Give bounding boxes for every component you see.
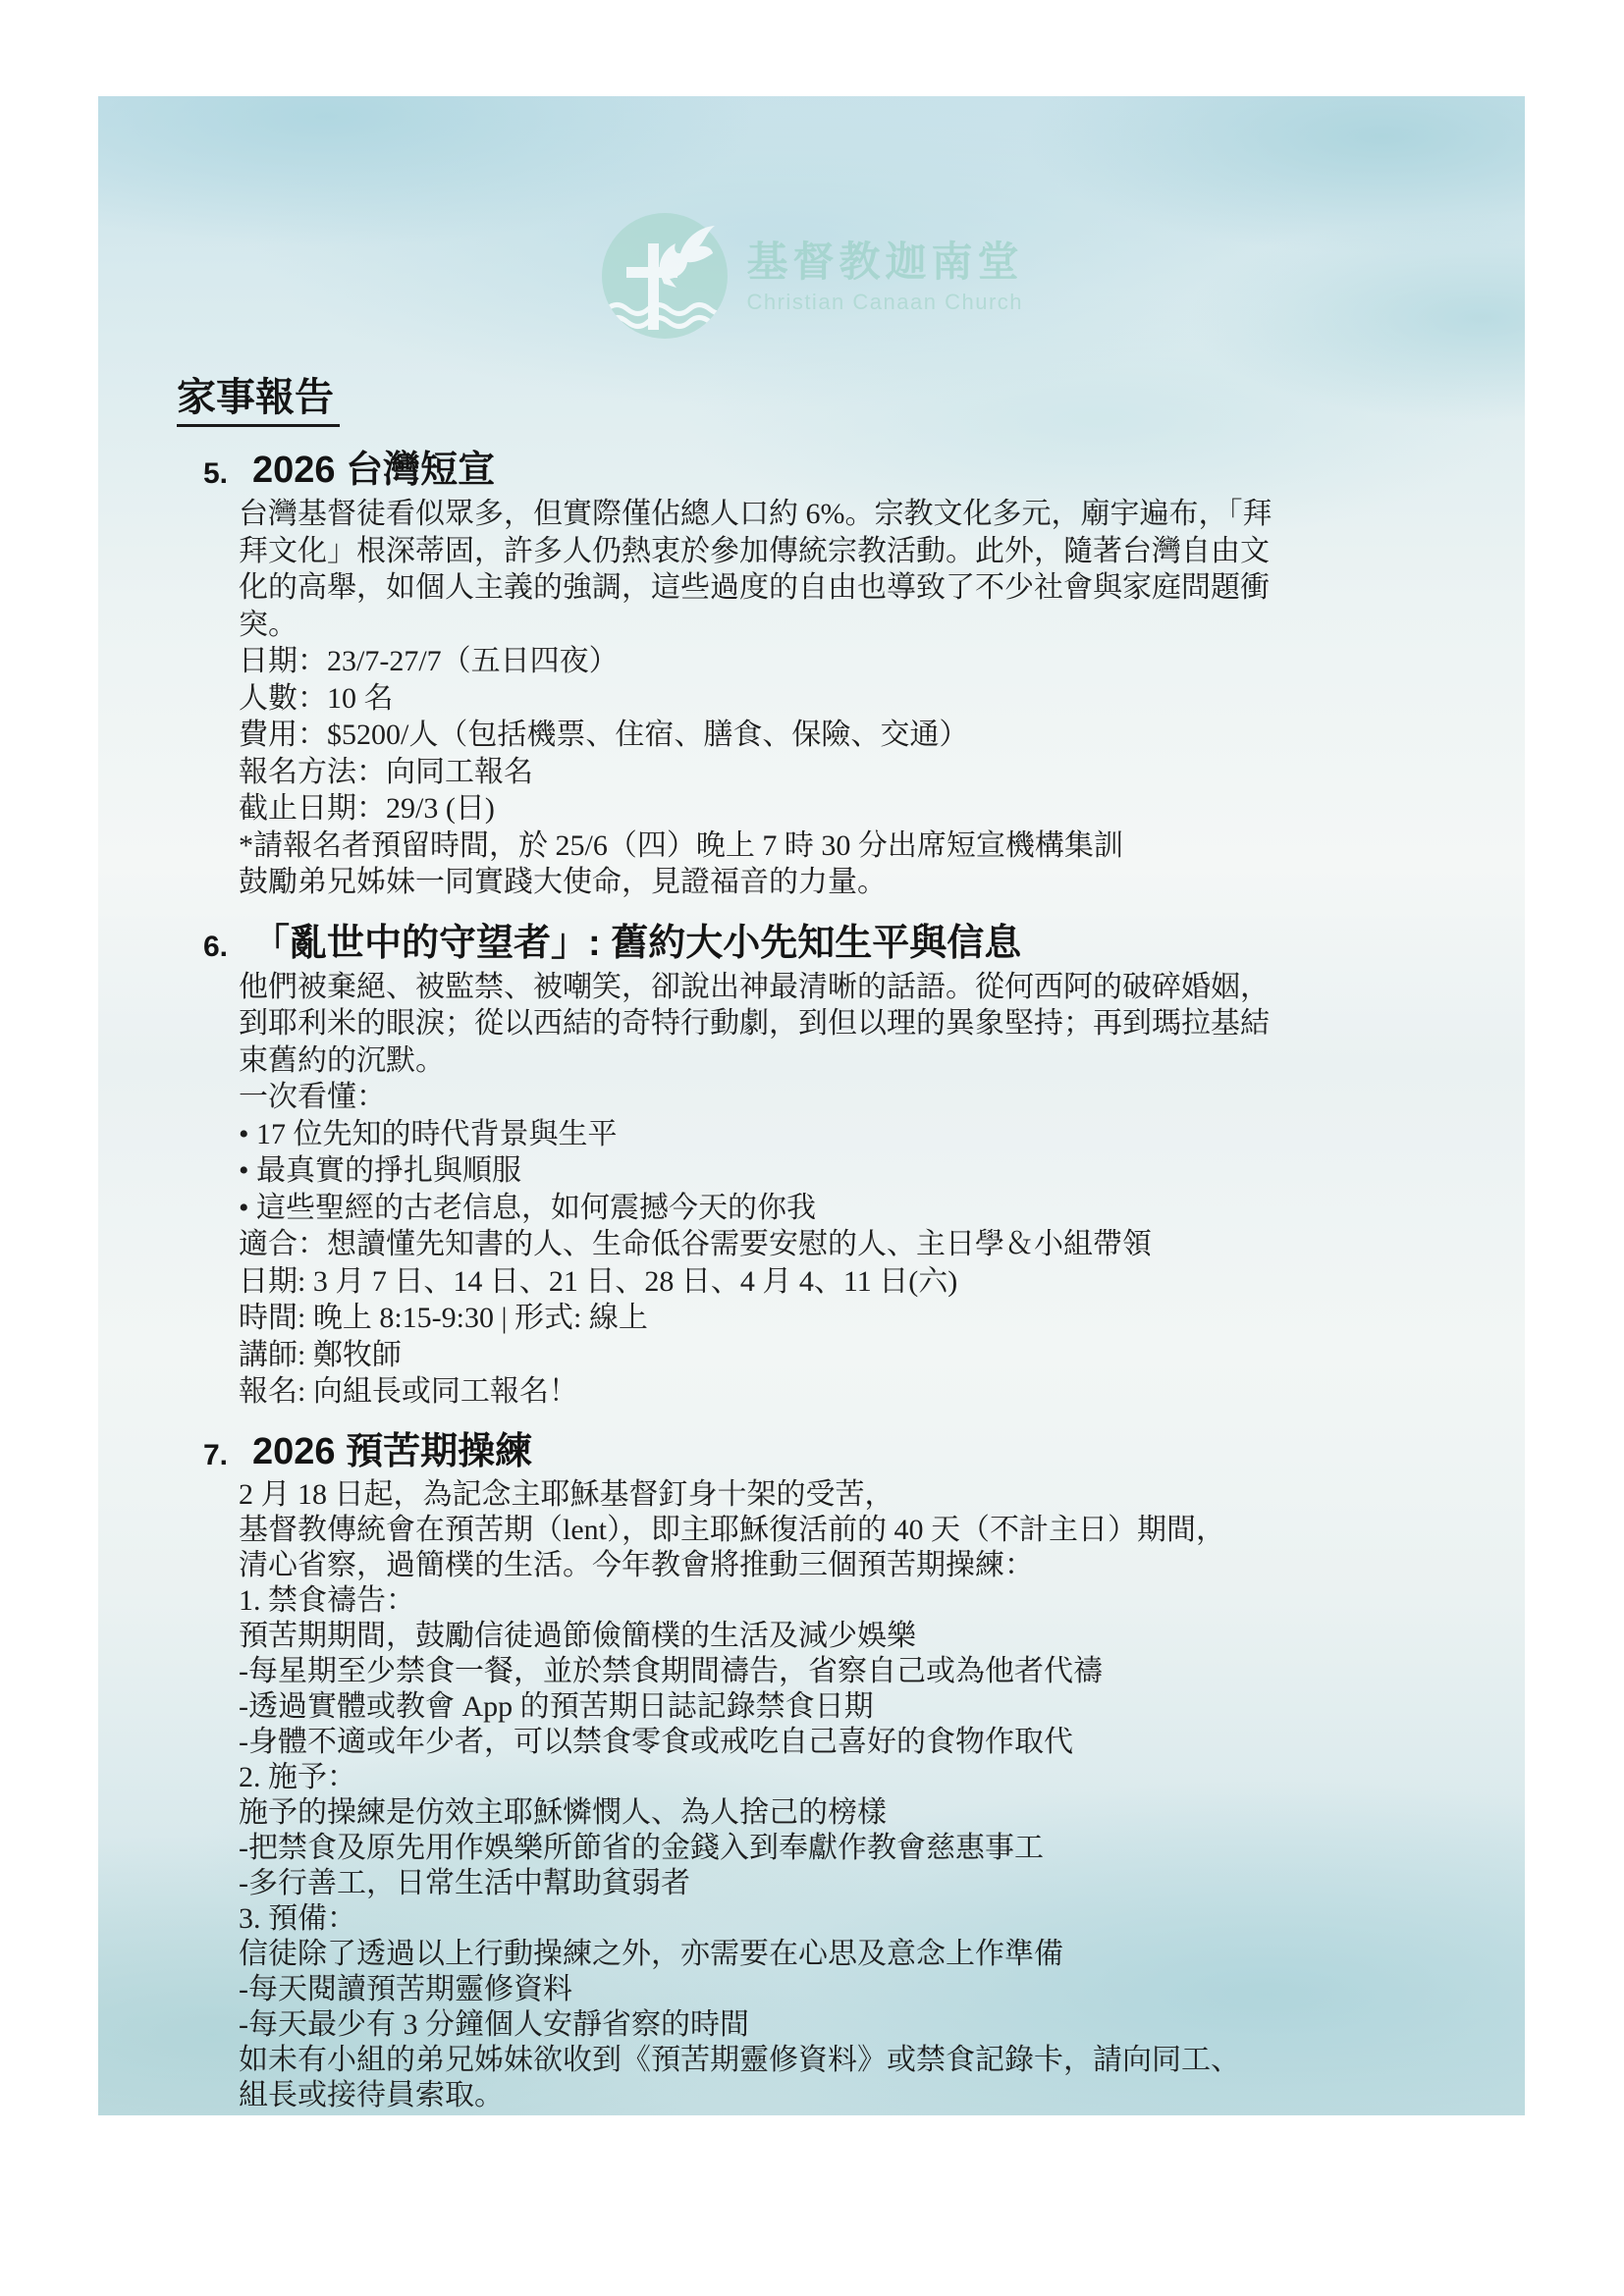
- announcement-list: 5. 2026 台灣短宣 台灣基督徒看似眾多，但實際僅佔總人口約 6%。宗教文化…: [98, 450, 1525, 2113]
- text-line: *請報名者預留時間，於 25/6（四）晚上 7 時 30 分出席短宣機構集訓: [239, 828, 1525, 865]
- text-line: 報名方法：向同工報名: [239, 754, 1525, 791]
- text-line: 突。: [239, 607, 1525, 644]
- text-line: 化的高舉，如個人主義的強調，這些過度的自由也導致了不少社會與家庭問題衝: [239, 569, 1525, 607]
- text-line: 拜文化」根深蒂固，許多人仍熱衷於參加傳統宗教活動。此外，隨著台灣自由文: [239, 533, 1525, 570]
- text-line: 台灣基督徒看似眾多，但實際僅佔總人口約 6%。宗教文化多元，廟宇遍布，「拜: [239, 496, 1525, 533]
- text-line: -每天閱讀預苦期靈修資料: [239, 1972, 1525, 2007]
- text-line: 費用：$5200/人（包括機票、住宿、膳食、保險、交通）: [239, 717, 1525, 754]
- item-body: 他們被棄絕、被監禁、被嘲笑，卻說出神最清晰的話語。從何西阿的破碎婚姻，到耶利米的…: [98, 969, 1525, 1411]
- text-line: 鼓勵弟兄姊妹一同實踐大使命，見證福音的力量。: [239, 864, 1525, 901]
- item-body: 2 月 18 日起，為記念主耶穌基督釘身十架的受苦，基督教傳統會在預苦期（len…: [98, 1477, 1525, 2113]
- item-title: 「亂世中的守望者」: 舊約大小先知生平與信息: [98, 923, 1525, 964]
- text-line: 施予的操練是仿效主耶穌憐憫人、為人捨己的榜樣: [239, 1795, 1525, 1831]
- text-line: 3. 預備：: [239, 1901, 1525, 1937]
- text-line: 他們被棄絕、被監禁、被嘲笑，卻說出神最清晰的話語。從何西阿的破碎婚姻，: [239, 969, 1525, 1006]
- text-line: -每星期至少禁食一餐，並於禁食期間禱告，省察自己或為他者代禱: [239, 1654, 1525, 1689]
- text-line: • 這些聖經的古老信息，如何震撼今天的你我: [239, 1190, 1525, 1227]
- text-line: 基督教傳統會在預苦期（lent），即主耶穌復活前的 40 天（不計主日）期間，: [239, 1513, 1525, 1548]
- text-line: 日期: 3 月 7 日、14 日、21 日、28 日、4 月 4、11 日(六): [239, 1263, 1525, 1301]
- text-line: 組長或接待員索取。: [239, 2078, 1525, 2113]
- text-line: 預苦期期間，鼓勵信徒過節儉簡樸的生活及減少娛樂: [239, 1619, 1525, 1654]
- text-line: -多行善工，日常生活中幫助貧弱者: [239, 1866, 1525, 1901]
- church-logo-icon: [599, 210, 731, 342]
- church-name-en: Christian Canaan Church: [746, 290, 1023, 315]
- text-line: -身體不適或年少者，可以禁食零食或戒吃自己喜好的食物作取代: [239, 1725, 1525, 1760]
- item-number: 7.: [203, 1439, 228, 1472]
- text-line: 1. 禁食禱告：: [239, 1583, 1525, 1619]
- text-line: 清心省察，過簡樸的生活。今年教會將推動三個預苦期操練：: [239, 1548, 1525, 1583]
- item-body: 台灣基督徒看似眾多，但實際僅佔總人口約 6%。宗教文化多元，廟宇遍布，「拜拜文化…: [98, 496, 1525, 901]
- watercolor-panel: 基督教迦南堂 Christian Canaan Church 家事報告 5. 2…: [98, 96, 1525, 2115]
- text-line: 報名: 向組長或同工報名！: [239, 1373, 1525, 1411]
- text-line: 人數：10 名: [239, 680, 1525, 718]
- section-title: 家事報告: [177, 376, 340, 427]
- text-line: 到耶利米的眼淚；從以西結的奇特行動劇，到但以理的異象堅持；再到瑪拉基結: [239, 1005, 1525, 1042]
- item-number: 5.: [203, 457, 228, 491]
- text-line: • 17 位先知的時代背景與生平: [239, 1116, 1525, 1153]
- text-line: 日期：23/7-27/7（五日四夜）: [239, 643, 1525, 680]
- item-title: 2026 預苦期操練: [98, 1431, 1525, 1472]
- text-line: 講師: 鄭牧師: [239, 1337, 1525, 1374]
- text-line: 2. 施予：: [239, 1760, 1525, 1795]
- announcement-item-lent-practice: 7. 2026 預苦期操練 2 月 18 日起，為記念主耶穌基督釘身十架的受苦，…: [98, 1431, 1525, 2113]
- announcement-item-prophets-course: 6. 「亂世中的守望者」: 舊約大小先知生平與信息 他們被棄絕、被監禁、被嘲笑，…: [98, 923, 1525, 1411]
- text-line: -透過實體或教會 App 的預苦期日誌記錄禁食日期: [239, 1689, 1525, 1725]
- church-logo: 基督教迦南堂 Christian Canaan Church: [98, 210, 1525, 342]
- text-line: -把禁食及原先用作娛樂所節省的金錢入到奉獻作教會慈惠事工: [239, 1831, 1525, 1866]
- text-line: 截止日期：29/3 (日): [239, 790, 1525, 828]
- church-logo-text: 基督教迦南堂 Christian Canaan Church: [746, 237, 1023, 315]
- text-line: 2 月 18 日起，為記念主耶穌基督釘身十架的受苦，: [239, 1477, 1525, 1513]
- item-title: 2026 台灣短宣: [98, 450, 1525, 491]
- text-line: • 最真實的掙扎與順服: [239, 1152, 1525, 1190]
- text-line: -每天最少有 3 分鐘個人安靜省察的時間: [239, 2007, 1525, 2043]
- text-line: 時間: 晚上 8:15-9:30 | 形式: 線上: [239, 1300, 1525, 1337]
- text-line: 如未有小組的弟兄姊妹欲收到《預苦期靈修資料》或禁食記錄卡，請向同工、: [239, 2043, 1525, 2078]
- item-number: 6.: [203, 931, 228, 964]
- text-line: 信徒除了透過以上行動操練之外，亦需要在心思及意念上作準備: [239, 1937, 1525, 1972]
- text-line: 一次看懂：: [239, 1079, 1525, 1116]
- text-line: 束舊約的沉默。: [239, 1042, 1525, 1080]
- text-line: 適合：想讀懂先知書的人、生命低谷需要安慰的人、主日學＆小組帶領: [239, 1226, 1525, 1263]
- church-name-zh: 基督教迦南堂: [746, 237, 1023, 288]
- announcement-item-taiwan-mission: 5. 2026 台灣短宣 台灣基督徒看似眾多，但實際僅佔總人口約 6%。宗教文化…: [98, 450, 1525, 901]
